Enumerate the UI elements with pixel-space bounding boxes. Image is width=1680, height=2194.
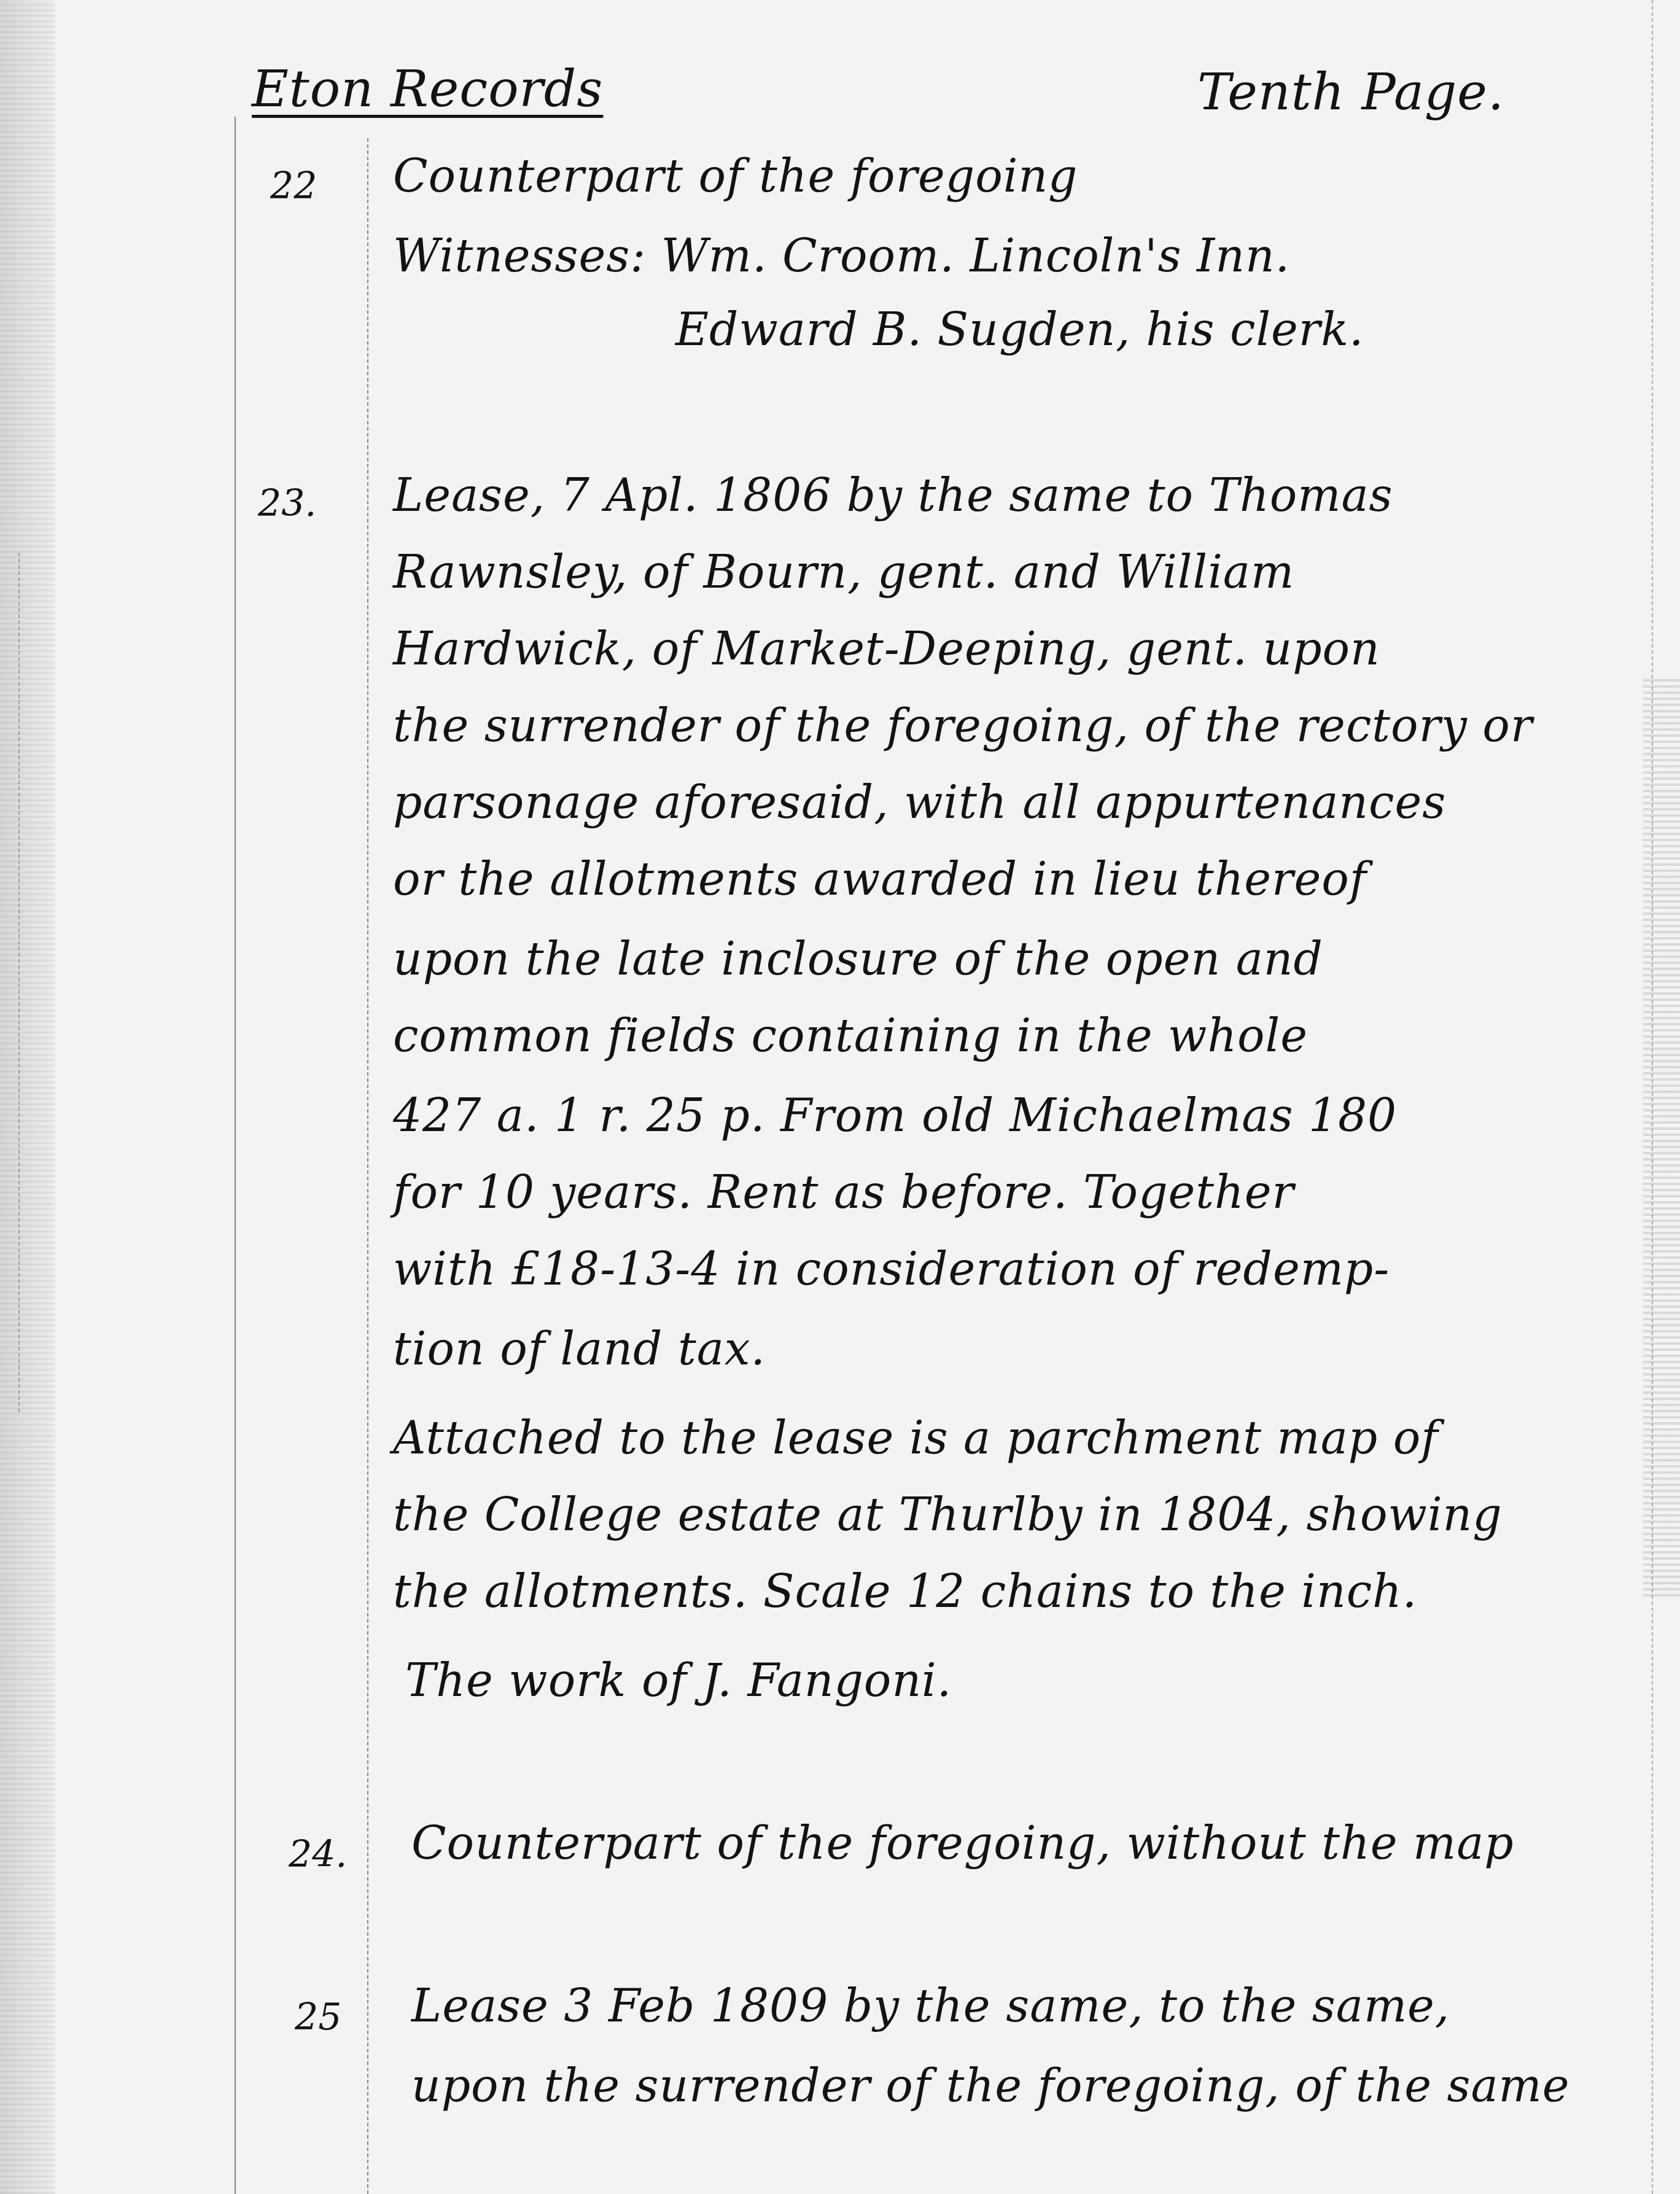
entry-line: tion of land tax.	[393, 1326, 766, 1372]
entry-line: The work of J. Fangoni.	[405, 1658, 952, 1703]
entry-line: Attached to the lease is a parchment map…	[393, 1415, 1439, 1461]
entry-line: Counterpart of the foregoing	[393, 154, 1078, 199]
entry-line: Edward B. Sugden, his clerk.	[675, 307, 1364, 352]
entry-line: with £18-13-4 in consideration of redemp…	[393, 1247, 1390, 1292]
entry-number: 25	[295, 1996, 341, 2039]
entry-line: Witnesses: Wm. Croom. Lincoln's Inn.	[393, 233, 1290, 279]
entry-line: 427 a. 1 r. 25 p. From old Michaelmas 18…	[393, 1093, 1397, 1138]
entry-line: upon the late inclosure of the open and	[393, 936, 1323, 982]
entry-line: Lease, 7 Apl. 1806 by the same to Thomas	[393, 473, 1393, 518]
entry-line: the College estate at Thurlby in 1804, s…	[393, 1492, 1503, 1538]
entry-line: for 10 years. Rent as before. Together	[393, 1170, 1294, 1215]
entry-line: the surrender of the foregoing, of the r…	[393, 703, 1533, 749]
entry-line: Lease 3 Feb 1809 by the same, to the sam…	[411, 1983, 1450, 2029]
page-label: Tenth Page.	[1197, 68, 1504, 118]
entry-number: 23.	[258, 482, 316, 525]
entry-line: parsonage aforesaid, with all appurtenan…	[393, 780, 1446, 825]
photocopy-edge-noise-right	[1643, 675, 1680, 1597]
entry-line: common fields containing in the whole	[393, 1013, 1308, 1059]
entry-number: 22	[270, 165, 317, 208]
outer-left-rule	[18, 553, 20, 1412]
entry-line: Hardwick, of Market-Deeping, gent. upon	[393, 626, 1380, 672]
entry-line: Rawnsley, of Bourn, gent. and William	[393, 550, 1294, 595]
entry-line: Counterpart of the foregoing, without th…	[411, 1821, 1514, 1866]
right-rule	[1652, 0, 1653, 2194]
page-title: Eton Records	[252, 64, 603, 115]
entry-line: or the allotments awarded in lieu thereo…	[393, 857, 1367, 902]
entry-number: 24.	[289, 1833, 347, 1876]
page-left-rule	[235, 117, 236, 2194]
entry-line: upon the surrender of the foregoing, of …	[411, 2063, 1570, 2109]
margin-rule	[367, 138, 368, 2194]
entry-line: the allotments. Scale 12 chains to the i…	[393, 1569, 1417, 1614]
photocopy-edge-noise	[0, 0, 55, 2194]
